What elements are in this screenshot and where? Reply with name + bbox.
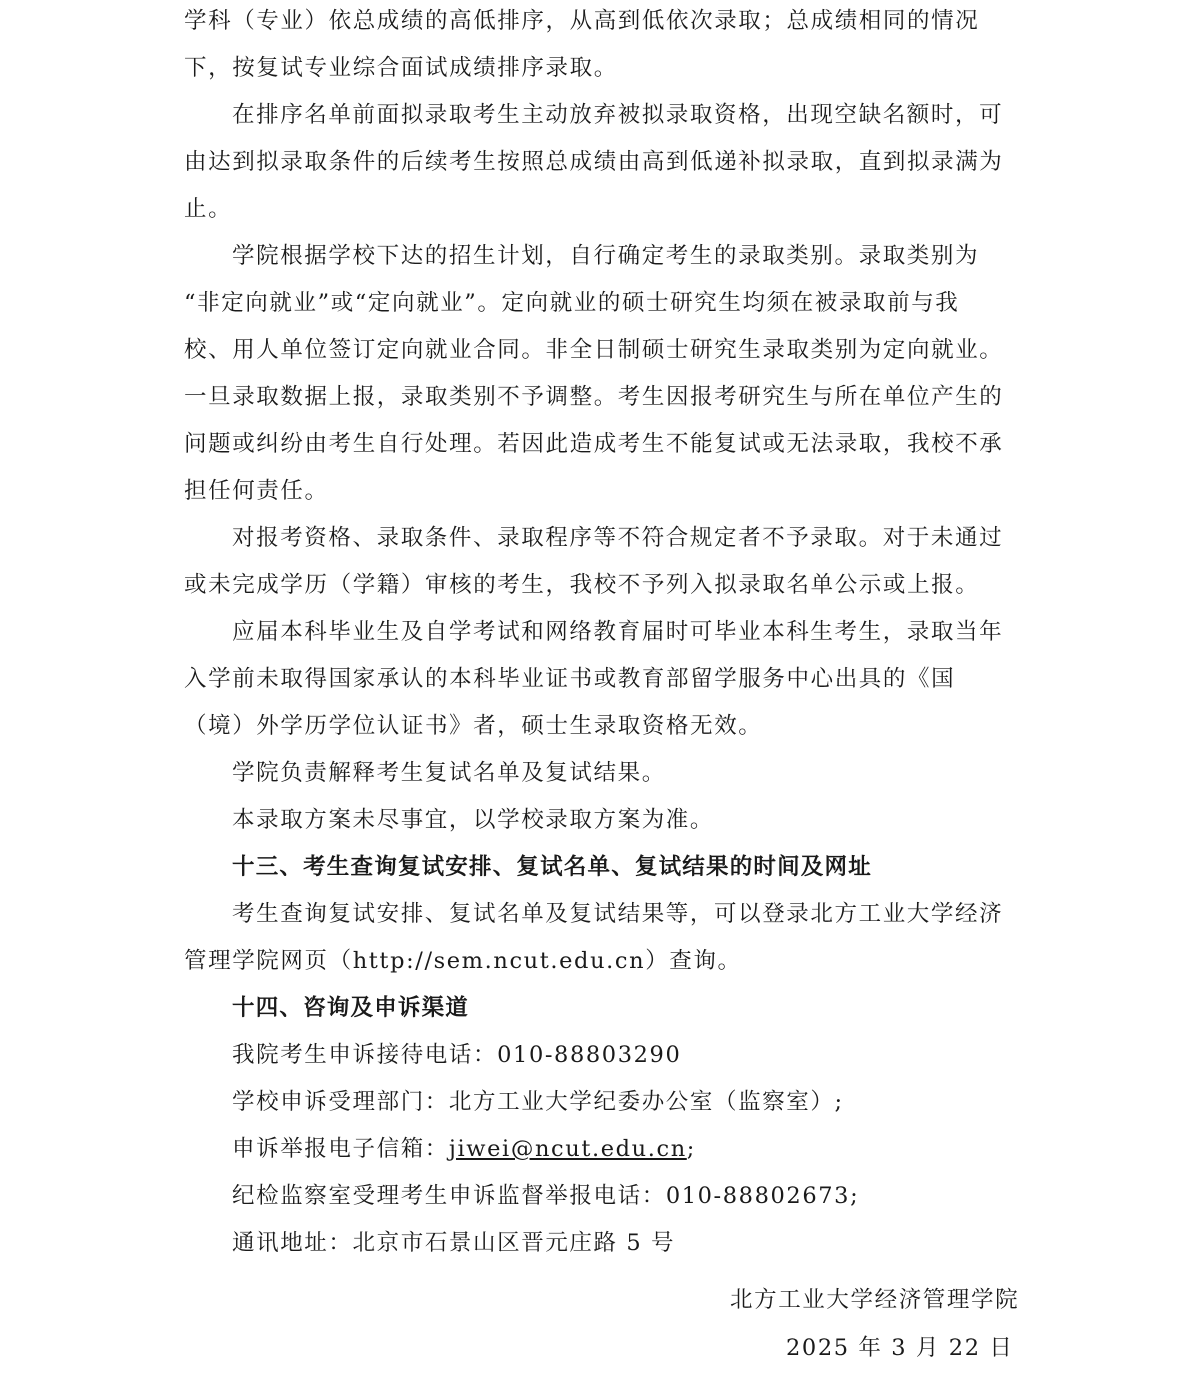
signature-date: 2025 年 3 月 22 日 (786, 1333, 1013, 1363)
paragraph-line: 在排序名单前面拟录取考生主动放弃被拟录取资格，出现空缺名额时，可 (232, 100, 1003, 130)
appeal-email-line: 申诉举报电子信箱：jiwei@ncut.edu.cn; (232, 1134, 696, 1164)
paragraph-line: 问题或纠纷由考生自行处理。若因此造成考生不能复试或无法录取，我校不承 (184, 429, 1003, 459)
paragraph-line: 校、用人单位签订定向就业合同。非全日制硕士研究生录取类别为定向就业。 (184, 335, 1003, 365)
paragraph-line: 学院根据学校下达的招生计划，自行确定考生的录取类别。录取类别为 (232, 241, 979, 271)
paragraph-line: 学院负责解释考生复试名单及复试结果。 (232, 758, 666, 788)
section-13-text: 考生查询复试安排、复试名单及复试结果等，可以登录北方工业大学经济 (232, 899, 1003, 929)
address-label: 通讯地址： (232, 1230, 353, 1256)
address-value: 北京市石景山区晋元庄路 5 号 (353, 1230, 676, 1256)
paragraph-line: 对报考资格、录取条件、录取程序等不符合规定者不予录取。对于未通过 (232, 523, 1003, 553)
supervise-phone-line: 纪检监察室受理考生申诉监督举报电话：010-88802673; (232, 1181, 859, 1211)
paragraph-line: 担任何责任。 (184, 476, 329, 506)
paragraph-line: 本录取方案未尽事宜，以学校录取方案为准。 (232, 805, 714, 835)
appeal-dept-line: 学校申诉受理部门：北方工业大学纪委办公室（监察室）; (232, 1087, 844, 1117)
supervise-phone-label: 纪检监察室受理考生申诉监督举报电话： (232, 1183, 666, 1209)
appeal-dept-value: 北方工业大学纪委办公室（监察室）; (449, 1089, 844, 1115)
paragraph-line: 一旦录取数据上报，录取类别不予调整。考生因报考研究生与所在单位产生的 (184, 382, 1003, 412)
section-13-heading: 十三、考生查询复试安排、复试名单、复试结果的时间及网址 (232, 852, 872, 882)
paragraph-line: （境）外学历学位认证书》者，硕士生录取资格无效。 (184, 711, 762, 741)
paragraph-line: 由达到拟录取条件的后续考生按照总成绩由高到低递补拟录取，直到拟录满为 (184, 147, 1003, 177)
appeal-phone-label: 我院考生申诉接待电话： (232, 1042, 497, 1068)
paragraph-line: 应届本科毕业生及自学考试和网络教育届时可毕业本科生考生，录取当年 (232, 617, 1003, 647)
appeal-phone-line: 我院考生申诉接待电话：010-88803290 (232, 1040, 681, 1070)
signature-org: 北方工业大学经济管理学院 (730, 1285, 1019, 1315)
address-line: 通讯地址：北京市石景山区晋元庄路 5 号 (232, 1228, 675, 1258)
supervise-phone-number: 010-88802673; (666, 1183, 859, 1209)
paragraph-line: 止。 (184, 194, 232, 224)
paragraph-line: 下，按复试专业综合面试成绩排序录取。 (184, 53, 618, 83)
paragraph-line: 入学前未取得国家承认的本科毕业证书或教育部留学服务中心出具的《国 (184, 664, 955, 694)
appeal-dept-label: 学校申诉受理部门： (232, 1089, 449, 1115)
section-14-heading: 十四、咨询及申诉渠道 (232, 993, 469, 1023)
paragraph-line: 学科（专业）依总成绩的高低排序，从高到低依次录取；总成绩相同的情况 (184, 6, 979, 36)
appeal-phone-number: 010-88803290 (497, 1042, 681, 1068)
appeal-email-label: 申诉举报电子信箱： (232, 1136, 449, 1162)
paragraph-line: 或未完成学历（学籍）审核的考生，我校不予列入拟录取名单公示或上报。 (184, 570, 979, 600)
section-13-url-text: 管理学院网页（http://sem.ncut.edu.cn）查询。 (184, 946, 742, 976)
paragraph-line: “非定向就业”或“定向就业”。定向就业的硕士研究生均须在被录取前与我 (184, 288, 959, 318)
appeal-email-link[interactable]: jiwei@ncut.edu.cn (449, 1136, 687, 1162)
appeal-email-suffix: ; (687, 1136, 696, 1162)
